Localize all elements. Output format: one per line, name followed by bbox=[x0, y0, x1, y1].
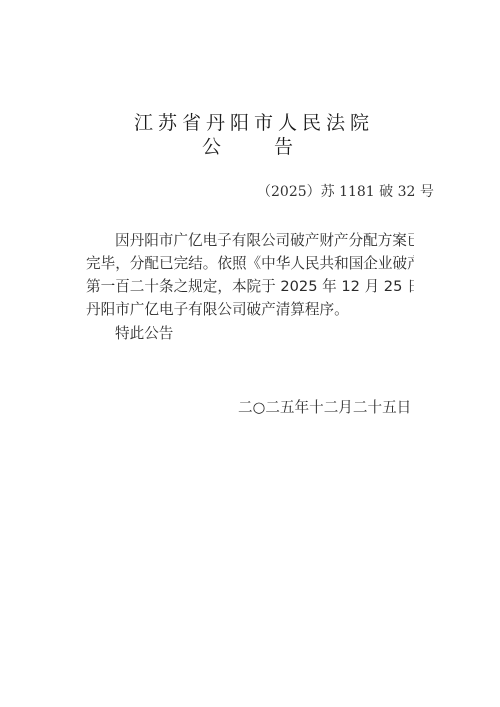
heading-char-1: 公 bbox=[202, 132, 226, 159]
closing-remark: 特此公告 bbox=[115, 322, 173, 343]
case-number: （2025）苏 1181 破 32 号 bbox=[257, 181, 434, 201]
announcement-heading: 公告 bbox=[0, 132, 500, 159]
heading-char-2: 告 bbox=[274, 132, 298, 159]
court-name-title: 江苏省丹阳市人民法院 bbox=[0, 108, 500, 135]
announcement-date: 二○二五年十二月二十五日 bbox=[238, 396, 411, 417]
body-line-4: 丹阳市广亿电子有限公司破产清算程序。 bbox=[86, 298, 414, 321]
body-line-3: 第一百二十条之规定，本院于 2025 年 12 月 25 日裁定终结 bbox=[86, 275, 414, 298]
body-line-1: 因丹阳市广亿电子有限公司破产财产分配方案已执行 bbox=[86, 229, 414, 252]
announcement-body: 因丹阳市广亿电子有限公司破产财产分配方案已执行 完毕，分配已完结。依照《中华人民… bbox=[86, 229, 414, 321]
body-line-2: 完毕，分配已完结。依照《中华人民共和国企业破产法》 bbox=[86, 252, 414, 275]
